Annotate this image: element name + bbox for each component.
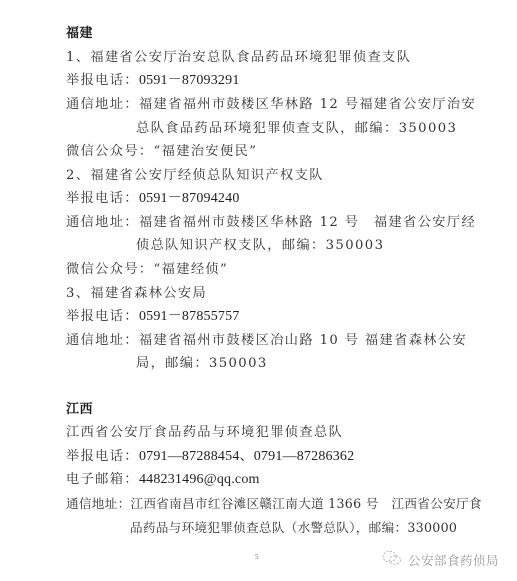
address-row: 通信地址：福建省福州市鼓楼区华林路 12 号福建省公安厅治安 [66, 97, 476, 113]
address-line: 福建省福州市鼓楼区华林路 12 号福建省公安厅治安 [139, 97, 476, 112]
address-row: 通信地址：江西省南昌市红谷滩区赣江南大道 1366 号 江西省公安厅食 [66, 496, 482, 512]
watermark-text: 公安部食药侦局 [408, 551, 499, 569]
phone-row: 举报电话：0591－87094240 [66, 191, 240, 207]
phone-label: 举报电话： [66, 449, 139, 464]
address-line: 福建省福州市鼓楼区冶山路 10 号 福建省森林公安 [139, 333, 467, 348]
section-heading-jiangxi: 江西 [66, 402, 93, 418]
address-label: 通信地址： [66, 496, 130, 511]
phone-label: 举报电话： [66, 191, 139, 206]
address-continuation: 总队食品药品环境犯罪侦查支队，邮编：350003 [136, 121, 457, 137]
entry-title: 江西省公安厅食品药品与环境犯罪侦查总队 [66, 425, 343, 441]
phone-number: 0791—87288454、0791—87286362 [139, 449, 354, 464]
address-label: 通信地址： [66, 97, 139, 112]
wechat-account: “福建治安便民” [154, 144, 258, 159]
entry-title: 1、福建省公安厅治安总队食品药品环境犯罪侦查支队 [66, 50, 411, 66]
phone-label: 举报电话： [66, 309, 139, 324]
phone-label: 举报电话： [66, 73, 139, 88]
email-address: 448231496@qq.com [139, 472, 260, 487]
phone-row: 举报电话：0591－87093291 [66, 73, 240, 89]
page-number: 5 [255, 553, 259, 561]
address-label: 通信地址： [66, 333, 139, 348]
wechat-row: 微信公众号：“福建治安便民” [66, 144, 257, 160]
address-continuation: 侦总队知识产权支队，邮编：350003 [136, 238, 384, 254]
address-continuation: 品药品与环境犯罪侦查总队（水警总队），邮编：330000 [130, 520, 457, 536]
address-continuation: 局，邮编：350003 [136, 356, 268, 372]
entry-title: 2、福建省公安厅经侦总队知识产权支队 [66, 168, 324, 184]
entry-title: 3、福建省森林公安局 [66, 286, 207, 302]
section-heading-fujian: 福建 [66, 26, 93, 42]
email-label: 电子邮箱： [66, 472, 139, 487]
phone-row: 举报电话：0791—87288454、0791—87286362 [66, 449, 354, 465]
wechat-account: “福建经侦” [154, 262, 229, 277]
address-row: 通信地址：福建省福州市鼓楼区冶山路 10 号 福建省森林公安 [66, 333, 467, 349]
wechat-label: 微信公众号： [66, 262, 154, 277]
watermark: 公安部食药侦局 [382, 550, 499, 569]
address-line: 福建省福州市鼓楼区华林路 12 号 福建省公安厅经 [139, 215, 476, 230]
phone-number: 0591－87093291 [139, 73, 240, 88]
address-row: 通信地址：福建省福州市鼓楼区华林路 12 号 福建省公安厅经 [66, 215, 476, 231]
address-label: 通信地址： [66, 215, 139, 230]
phone-number: 0591－87094240 [139, 191, 240, 206]
email-row: 电子邮箱：448231496@qq.com [66, 472, 260, 488]
wechat-row: 微信公众号：“福建经侦” [66, 262, 228, 278]
wechat-label: 微信公众号： [66, 144, 154, 159]
address-line: 江西省南昌市红谷滩区赣江南大道 1366 号 江西省公安厅食 [130, 496, 481, 511]
document-page: 福建 1、福建省公安厅治安总队食品药品环境犯罪侦查支队 举报电话：0591－87… [0, 0, 517, 581]
phone-row: 举报电话：0591－87855757 [66, 309, 240, 325]
wechat-icon [382, 550, 408, 569]
phone-number: 0591－87855757 [139, 309, 240, 324]
